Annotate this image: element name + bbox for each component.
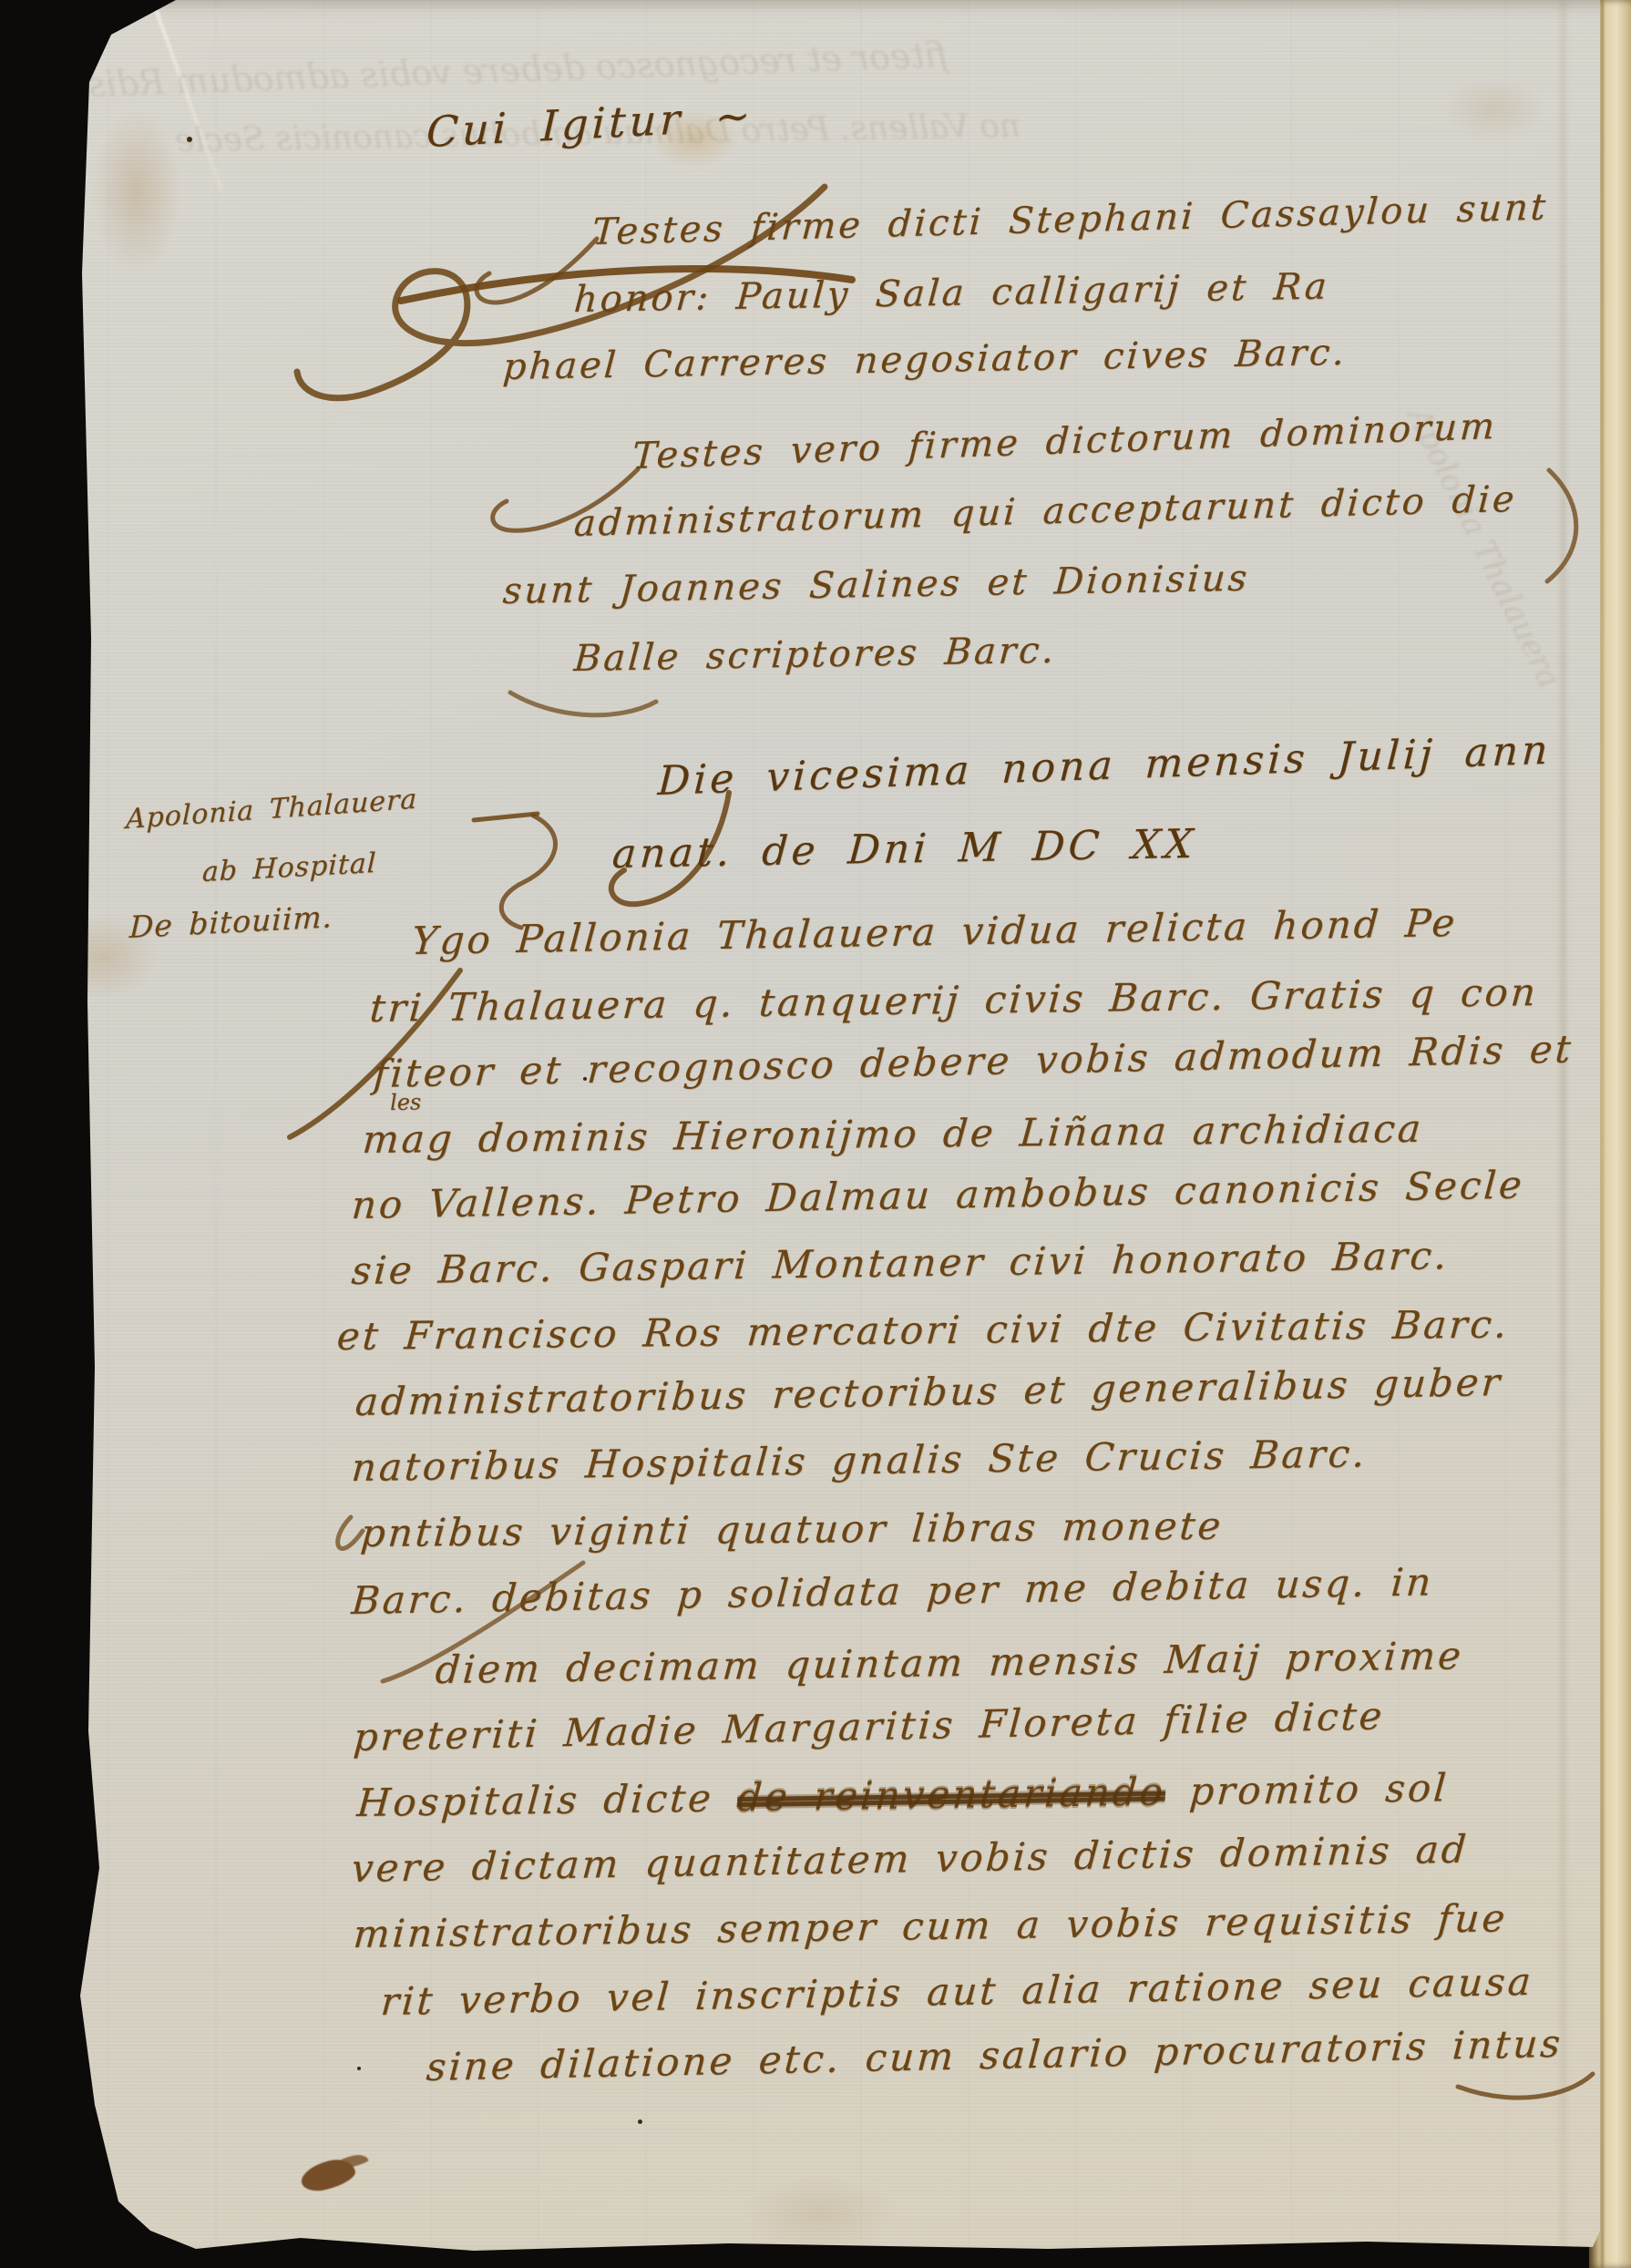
body-line-14-pre: Hospitalis dicte bbox=[355, 1775, 739, 1825]
body-line-16: ministratoribus semper cum a vobis requi… bbox=[352, 1895, 1509, 1956]
body-superscript: les bbox=[390, 1089, 422, 1115]
body-line-6: sie Barc. Gaspari Montaner civi honorato… bbox=[350, 1233, 1451, 1293]
body-line-9: natoribus Hospitalis gnalis Ste Crucis B… bbox=[350, 1431, 1369, 1490]
manuscript-photo: fiteor et recognosco debere vobis admodu… bbox=[0, 0, 1631, 2268]
body-line-4: mag dominis Hieronijmo de Liñana archidi… bbox=[361, 1106, 1425, 1162]
witness1-line-3: phael Carreres negosiator cives Barc. bbox=[501, 332, 1348, 388]
ink-speck bbox=[357, 2067, 361, 2070]
ink-blot bbox=[298, 2155, 357, 2195]
witness2-line-3: sunt Joannes Salines et Dionisius bbox=[501, 558, 1250, 612]
margin-note-line-1: Apolonia Thalauera bbox=[126, 784, 418, 836]
manuscript-page: fiteor et recognosco debere vobis admodu… bbox=[0, 0, 1631, 2268]
body-line-3: fiteor et recognosco debere vobis admodu… bbox=[372, 1026, 1575, 1096]
ink-speck bbox=[187, 137, 192, 142]
paper-fold-shadow bbox=[1560, 0, 1566, 2268]
body-line-14: Hospitalis dicte de reinventariando prom… bbox=[355, 1765, 1450, 1825]
body-line-5: no Vallens. Petro Dalmau ambobus canonic… bbox=[350, 1163, 1525, 1228]
body-line-17: rit verbo vel inscriptis aut alia ration… bbox=[379, 1959, 1534, 2024]
body-line-2: tri Thalauera q. tanquerij civis Barc. G… bbox=[368, 970, 1540, 1031]
body-line-13: preteriti Madie Margaritis Floreta filie… bbox=[352, 1693, 1386, 1760]
body-line-7: et Francisco Ros mercatori civi dte Civi… bbox=[335, 1302, 1511, 1360]
margin-note-line-2: ab Hospital bbox=[201, 847, 377, 888]
witness2-line-4: Balle scriptores Barc. bbox=[572, 630, 1057, 680]
witness2-line-1: Testes vero firme dictorum dominorum bbox=[631, 405, 1498, 477]
body-line-14-strikethrough: de reinventariando bbox=[736, 1770, 1167, 1821]
body-line-11: Barc. debitas p solidata per me debita u… bbox=[350, 1559, 1435, 1623]
body-line-12: diem decimam quintam mensis Maij proxime bbox=[434, 1633, 1465, 1692]
showthrough-text: fiteor et recognosco debere vobis admodu… bbox=[42, 35, 949, 107]
dateline-2: anat. de Dni M DC XX bbox=[610, 821, 1197, 877]
gutter-crease bbox=[1601, 0, 1604, 2268]
witness2-line-2: administratorum qui acceptarunt dicto di… bbox=[573, 478, 1518, 545]
dateline-1: Die vicesima nona mensis Julij ann bbox=[657, 727, 1553, 805]
body-line-8: administratoribus rectoribus et generali… bbox=[354, 1360, 1503, 1424]
witness1-line-1: Testes firme dicti Stephani Cassaylou su… bbox=[591, 186, 1550, 253]
body-line-14-post: promito sol bbox=[1164, 1765, 1450, 1813]
body-line-18: sine dilatione etc. cum salario procurat… bbox=[425, 2021, 1564, 2089]
body-line-1: Ygo Pallonia Thalauera vidua relicta hon… bbox=[410, 900, 1459, 963]
ink-speck bbox=[638, 2119, 642, 2124]
body-line-10: pntibus viginti quatuor libras monete bbox=[359, 1503, 1225, 1555]
witness1-line-2: honor: Pauly Sala calligarij et Ra bbox=[572, 266, 1330, 322]
body-line-15: vere dictam quantitatem vobis dictis dom… bbox=[350, 1827, 1470, 1891]
margin-note-line-3: De bitouiim. bbox=[128, 898, 333, 945]
